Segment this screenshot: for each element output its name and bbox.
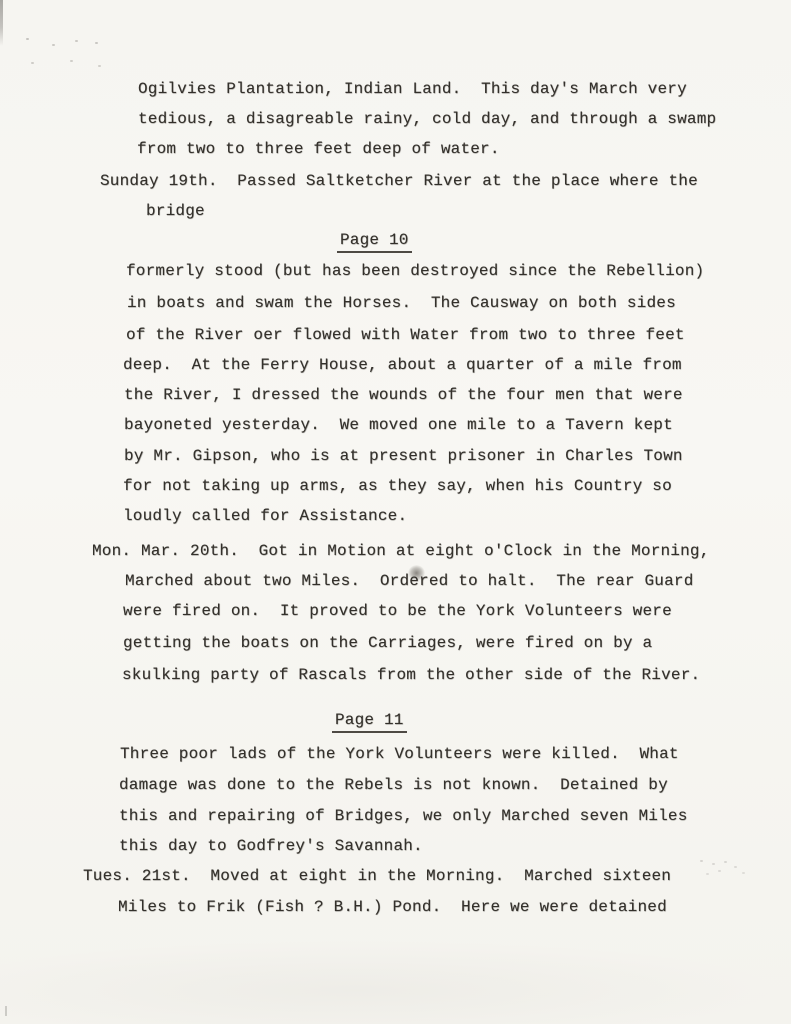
scan-tick — [5, 1006, 7, 1016]
text-line: bayoneted yesterday. We moved one mile t… — [124, 416, 673, 435]
scan-edge-mark — [0, 0, 3, 46]
text-line: tedious, a disagreable rainy, cold day, … — [138, 110, 716, 129]
scan-speckles — [700, 860, 703, 862]
paper-mottling — [0, 940, 791, 1024]
text-line: loudly called for Assistance. — [123, 507, 407, 526]
text-line: Marched about two Miles. Ordered to halt… — [125, 572, 694, 591]
text-line: from two to three feet deep of water. — [137, 140, 500, 159]
scanned-page: Ogilvies Plantation, Indian Land. This d… — [0, 0, 791, 1024]
text-line: were fired on. It proved to be the York … — [123, 602, 672, 621]
text-line-entry: Sunday 19th. Passed Saltketcher River at… — [100, 172, 698, 191]
text-line: Three poor lads of the York Volunteers w… — [120, 745, 679, 764]
text-line: for not taking up arms, as they say, whe… — [123, 477, 672, 496]
text-line: damage was done to the Rebels is not kno… — [119, 776, 668, 795]
text-line: formerly stood (but has been destroyed s… — [126, 262, 704, 281]
text-line: of the River oer flowed with Water from … — [126, 326, 685, 345]
text-line: this day to Godfrey's Savannah. — [119, 837, 423, 856]
text-line-entry: Mon. Mar. 20th. Got in Motion at eight o… — [92, 542, 710, 561]
text-line: the River, I dressed the wounds of the f… — [124, 386, 683, 405]
text-line: Miles to Frik (Fish ? B.H.) Pond. Here w… — [118, 898, 667, 917]
page-heading: Page 11 — [335, 711, 407, 730]
page-heading-label: Page 10 — [337, 231, 412, 253]
text-line: getting the boats on the Carriages, were… — [123, 634, 652, 653]
text-line: this and repairing of Bridges, we only M… — [119, 807, 688, 826]
text-line: Ogilvies Plantation, Indian Land. This d… — [138, 80, 687, 99]
text-line: deep. At the Ferry House, about a quarte… — [123, 356, 682, 375]
page-heading: Page 10 — [340, 231, 412, 250]
pencil-marks — [26, 38, 29, 40]
text-line-entry: Tues. 21st. Moved at eight in the Mornin… — [83, 867, 671, 886]
page-heading-label: Page 11 — [332, 711, 407, 733]
text-line: in boats and swam the Horses. The Causwa… — [127, 294, 676, 313]
text-line: skulking party of Rascals from the other… — [122, 666, 700, 685]
text-line: by Mr. Gipson, who is at present prisone… — [124, 447, 683, 466]
text-line: bridge — [146, 202, 205, 221]
